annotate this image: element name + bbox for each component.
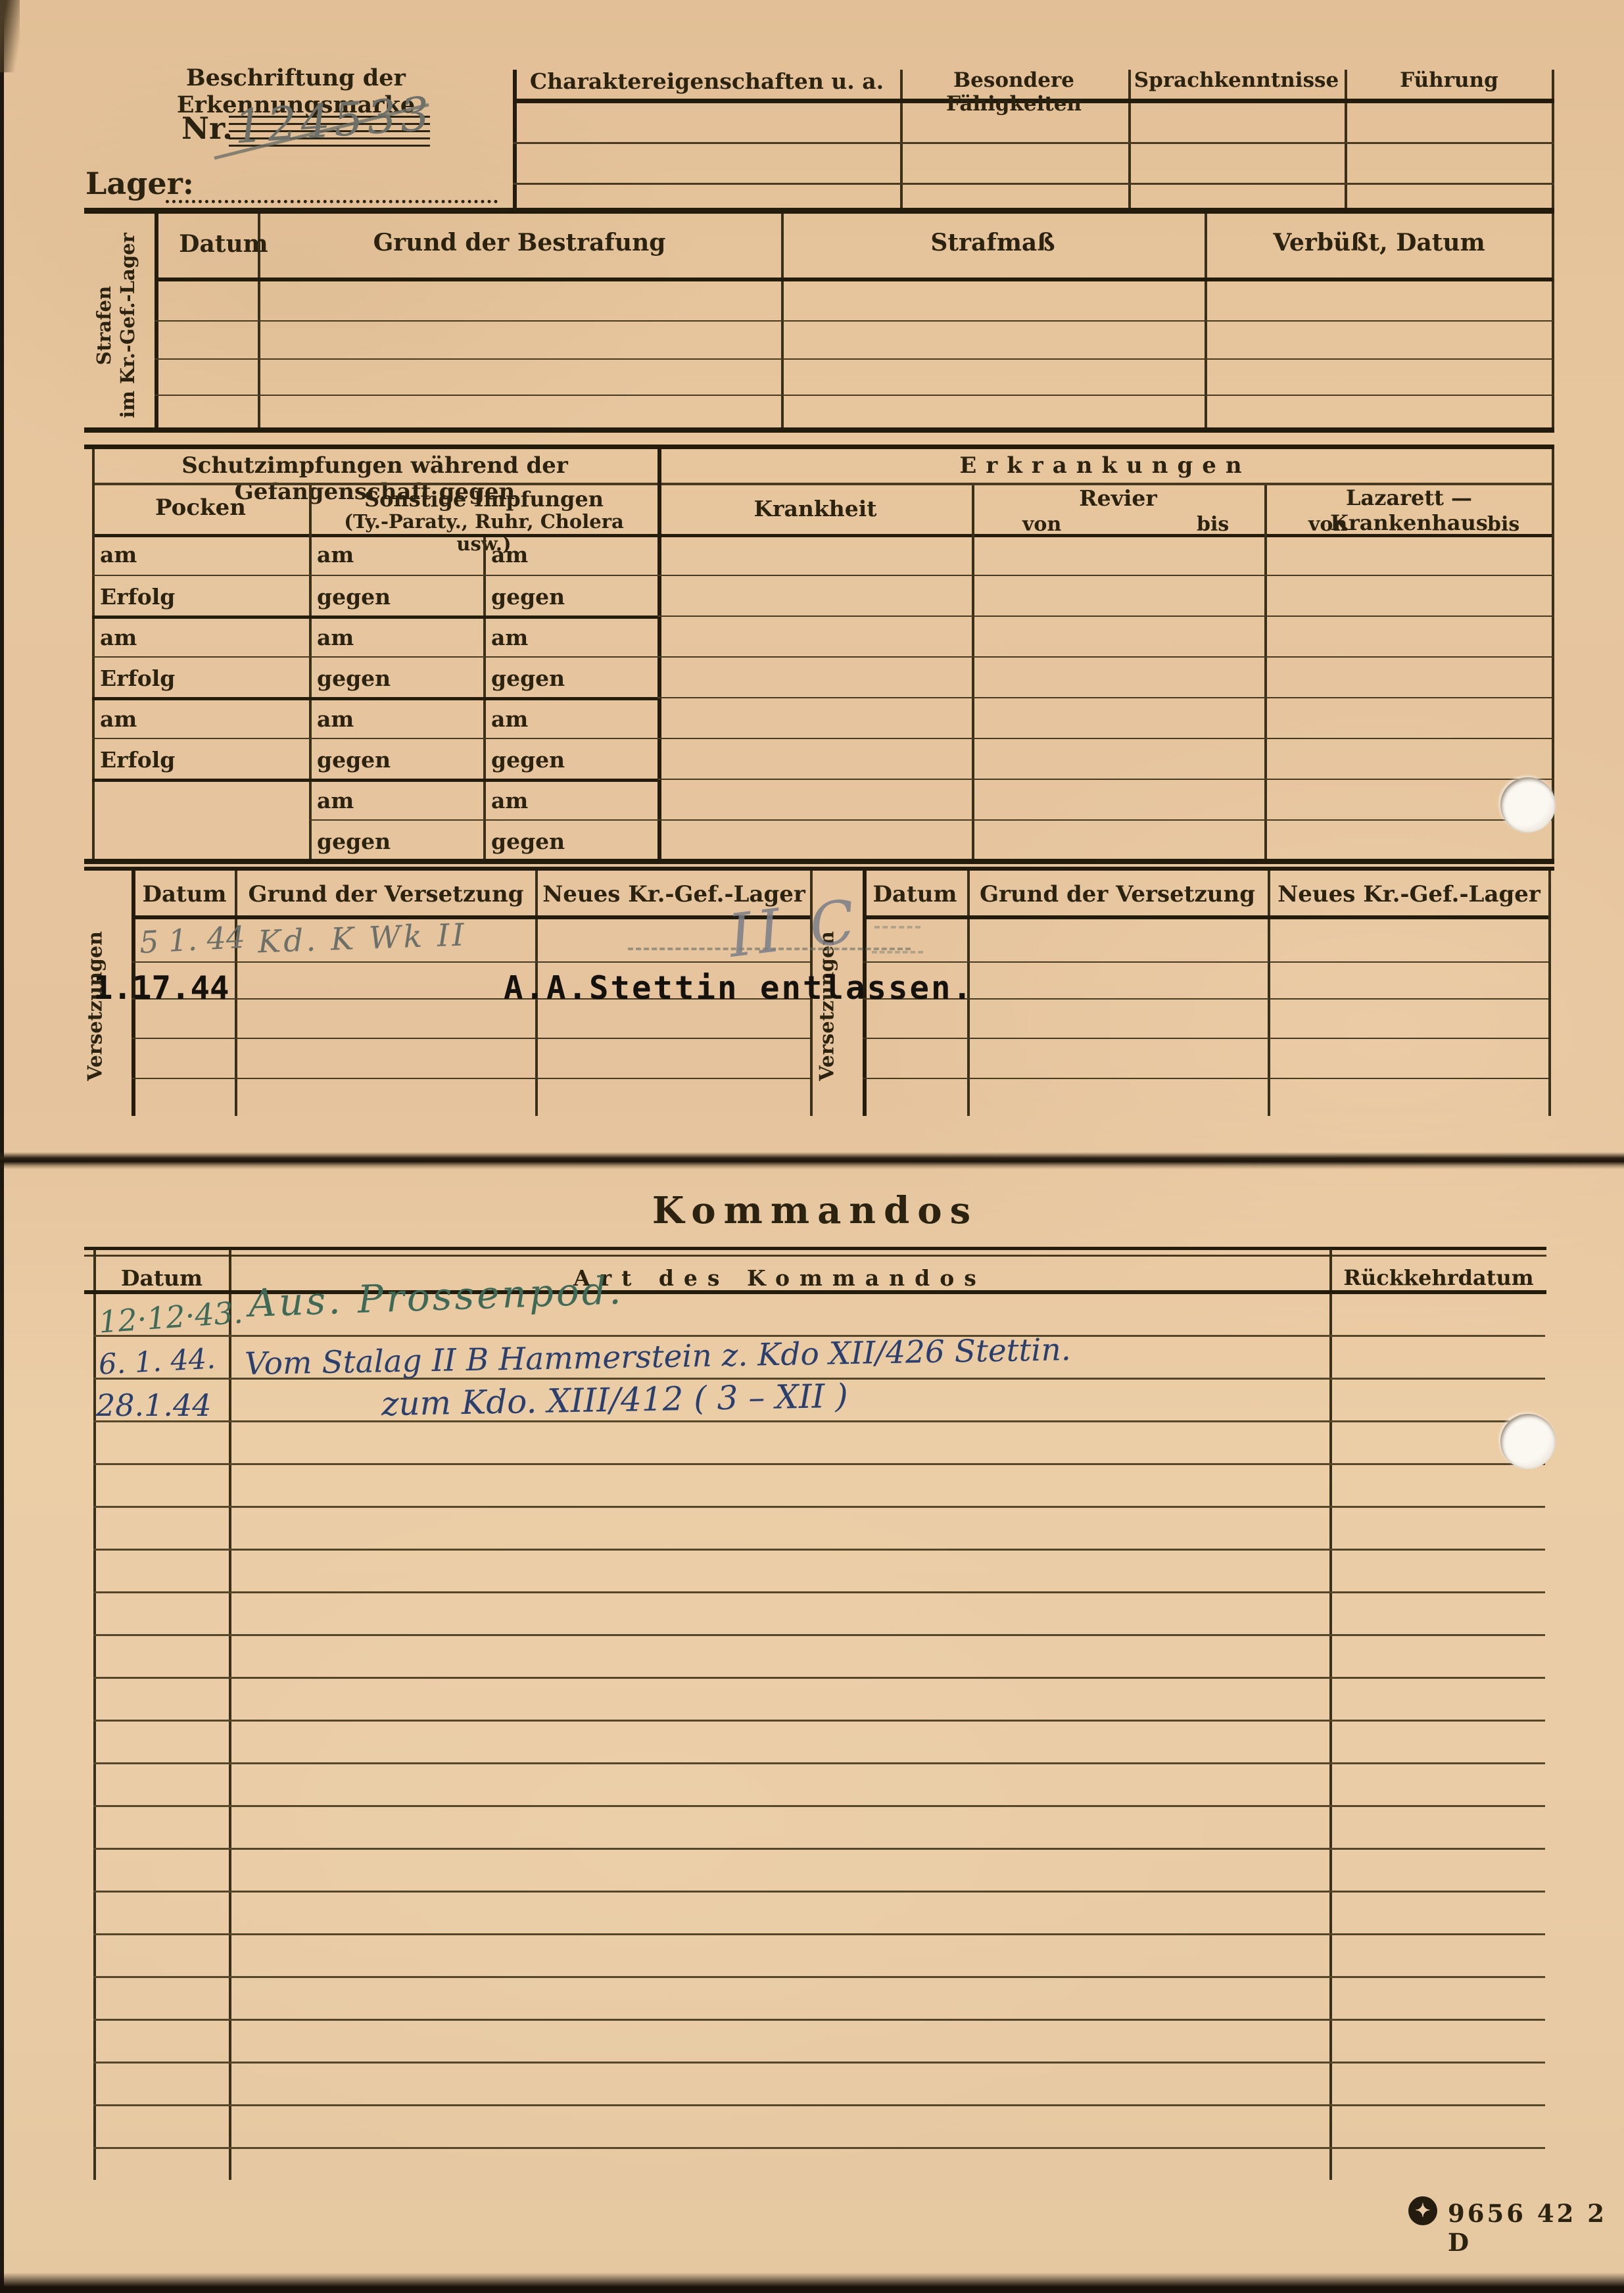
kommandos-title: Kommandos bbox=[487, 1189, 1144, 1232]
impf-cell-label: Erfolg bbox=[100, 665, 175, 691]
impf-cell-label: am bbox=[491, 706, 528, 732]
impf-lazarett-bis: bis bbox=[1487, 513, 1519, 536]
impf-row-rule-heavy bbox=[92, 779, 657, 782]
strafen-vline bbox=[1205, 214, 1207, 433]
strafen-col-strafmass: Strafmaß bbox=[789, 229, 1197, 256]
impf-cell-label: gegen bbox=[317, 829, 391, 854]
impf-vline bbox=[1264, 485, 1267, 861]
versetz-row-rule bbox=[863, 1038, 1548, 1039]
impf-row-rule bbox=[657, 779, 1553, 780]
strafen-header-rule bbox=[155, 278, 1553, 281]
impf-vline bbox=[92, 449, 95, 861]
kommandos-col-datum: Datum bbox=[96, 1265, 227, 1291]
printer-code: 9656 42 2 D bbox=[1448, 2199, 1624, 2257]
impf-cell-label: gegen bbox=[491, 829, 565, 854]
versetz-row-rule bbox=[131, 1078, 810, 1079]
impf-cell-label: am bbox=[491, 788, 528, 813]
impf-revier-von: von bbox=[1022, 513, 1061, 536]
kommando-entry-date: 6. 1. 44. bbox=[98, 1342, 216, 1381]
impf-row-rule bbox=[92, 575, 1553, 576]
impf-row-rule bbox=[657, 697, 1553, 698]
hole-punch bbox=[1500, 777, 1556, 833]
col-besondere-faehigkeiten: Besondere Fähigkeiten bbox=[902, 68, 1126, 116]
col-sprachkenntnisse: Sprachkenntnisse bbox=[1130, 68, 1343, 92]
impf-vline-center bbox=[657, 449, 661, 861]
versetz-row-rule bbox=[863, 961, 1548, 963]
impf-top-border bbox=[84, 445, 1554, 449]
strafen-top-border bbox=[84, 208, 1554, 214]
versetz-header-rule bbox=[863, 915, 1548, 919]
impf-cell-label: am bbox=[317, 542, 354, 567]
strafen-col-grund: Grund der Bestrafung bbox=[276, 229, 763, 256]
versetz-row-rule bbox=[131, 961, 810, 963]
impf-revier-bis: bis bbox=[1197, 513, 1229, 536]
versetz-header-rule bbox=[131, 915, 810, 919]
impf-row-rule bbox=[657, 615, 1553, 617]
printer-emblem-icon: ✦ bbox=[1408, 2196, 1437, 2225]
pencil-smudge bbox=[874, 926, 920, 929]
impf-col-sonstige-1: Sonstige Impfungen bbox=[316, 487, 652, 512]
impf-cell-label: am bbox=[100, 706, 137, 732]
impf-title-right: Erkrankungen bbox=[657, 452, 1553, 479]
impf-cell-label: gegen bbox=[317, 665, 391, 691]
strafen-row-rule bbox=[155, 358, 1553, 360]
impf-vline bbox=[972, 485, 974, 861]
kommando-entry-date: 28.1.44 bbox=[96, 1388, 212, 1423]
impf-cell-label: am bbox=[491, 542, 528, 567]
impf-cell-label: am bbox=[100, 542, 137, 567]
impf-lazarett-von: von bbox=[1308, 513, 1347, 536]
scan-edge-artifact bbox=[0, 0, 20, 72]
impf-cell-label: Erfolg bbox=[100, 584, 175, 610]
page-fold-shadow bbox=[0, 1152, 1624, 1169]
impf-vline bbox=[309, 485, 312, 861]
kommandos-top-border2 bbox=[84, 1255, 1546, 1257]
impf-cell-label: am bbox=[100, 625, 137, 650]
versetz-vline bbox=[1548, 871, 1551, 1116]
versetz-entry2-text: A.A.Stettin entlassen. bbox=[504, 969, 974, 1007]
impf-row-rule bbox=[92, 656, 1553, 658]
impf-cell-label: gegen bbox=[491, 584, 565, 610]
impf-cell-label: Erfolg bbox=[100, 747, 175, 773]
impf-cell-label: am bbox=[491, 625, 528, 650]
versetz-entry1-date: 5 1. 44 bbox=[139, 919, 247, 960]
versetz-r-col-datum: Datum bbox=[865, 881, 965, 907]
impf-cell-label: am bbox=[317, 706, 354, 732]
impf-cell-label: gegen bbox=[491, 747, 565, 773]
versetz-entry2-date: 1.17.44 bbox=[93, 969, 229, 1007]
strafen-col-verbuesst: Verbüßt, Datum bbox=[1213, 229, 1545, 256]
col-charaktereigenschaften: Charaktereigenschaften u. a. bbox=[519, 68, 894, 94]
strafen-side-label: Strafen im Kr.-Gef.-Lager bbox=[92, 217, 145, 434]
kommando-entry-text: zum Kdo. XIII/412 ( 3 – XII ) bbox=[381, 1377, 849, 1423]
impf-col-revier: Revier bbox=[978, 485, 1258, 511]
versetz-row-rule bbox=[863, 1078, 1548, 1079]
hole-punch bbox=[1500, 1414, 1556, 1469]
impf-cell-label: gegen bbox=[317, 584, 391, 610]
strafen-row-rule bbox=[155, 320, 1553, 322]
grid-vline bbox=[513, 70, 517, 212]
impf-cell-label: am bbox=[317, 625, 354, 650]
versetz-row-rule bbox=[131, 1038, 810, 1039]
strafen-vline bbox=[781, 214, 784, 433]
impf-col-pocken: Pocken bbox=[105, 495, 296, 521]
versetz-r-col-neues: Neues Kr.-Gef.-Lager bbox=[1270, 881, 1548, 907]
kommandos-ruled-rows bbox=[93, 1294, 1545, 2149]
impf-cell-label: gegen bbox=[491, 665, 565, 691]
impf-row-rule bbox=[92, 738, 1553, 739]
strafen-vline bbox=[1552, 214, 1554, 433]
impf-cell-label: gegen bbox=[317, 747, 391, 773]
strafen-row-rule bbox=[155, 395, 1553, 396]
strafen-bottom-border bbox=[84, 427, 1554, 433]
grid-vline bbox=[1552, 70, 1554, 212]
versetz-entry1-grund: Kd. K Wk II bbox=[257, 917, 467, 960]
versetz-top-border bbox=[84, 867, 1554, 871]
strafen-side-label-line1: Strafen bbox=[92, 217, 116, 434]
versetz-l-col-datum: Datum bbox=[134, 881, 235, 907]
strafen-col-datum: Datum bbox=[158, 230, 289, 258]
impf-row-rule bbox=[309, 819, 1553, 821]
lager-dotted-line bbox=[166, 176, 498, 203]
impf-col-krankheit: Krankheit bbox=[664, 496, 967, 521]
scanned-pow-record-card: Beschriftung der Erkennungsmarke Nr. 124… bbox=[0, 0, 1624, 2293]
kommandos-col-rueckkehr: Rückkehrdatum bbox=[1332, 1265, 1545, 1290]
col-fuehrung: Führung bbox=[1347, 68, 1552, 92]
nr-label: Nr. bbox=[181, 110, 233, 146]
versetz-r-col-grund: Grund der Versetzung bbox=[969, 881, 1266, 907]
impf-row-rule-heavy bbox=[92, 697, 657, 700]
kommandos-top-border bbox=[84, 1247, 1546, 1250]
impf-bottom-border bbox=[84, 859, 1554, 864]
strafen-side-label-line2: im Kr.-Gef.-Lager bbox=[116, 217, 139, 434]
pencil-smudge bbox=[872, 951, 923, 953]
impf-cell-label: am bbox=[317, 788, 354, 813]
grid-hline bbox=[513, 183, 1554, 185]
grid-hline bbox=[513, 142, 1554, 144]
versetz-l-col-grund: Grund der Versetzung bbox=[237, 881, 535, 907]
scan-bottom-edge bbox=[0, 2273, 1624, 2293]
impf-row-rule-heavy bbox=[92, 615, 657, 619]
